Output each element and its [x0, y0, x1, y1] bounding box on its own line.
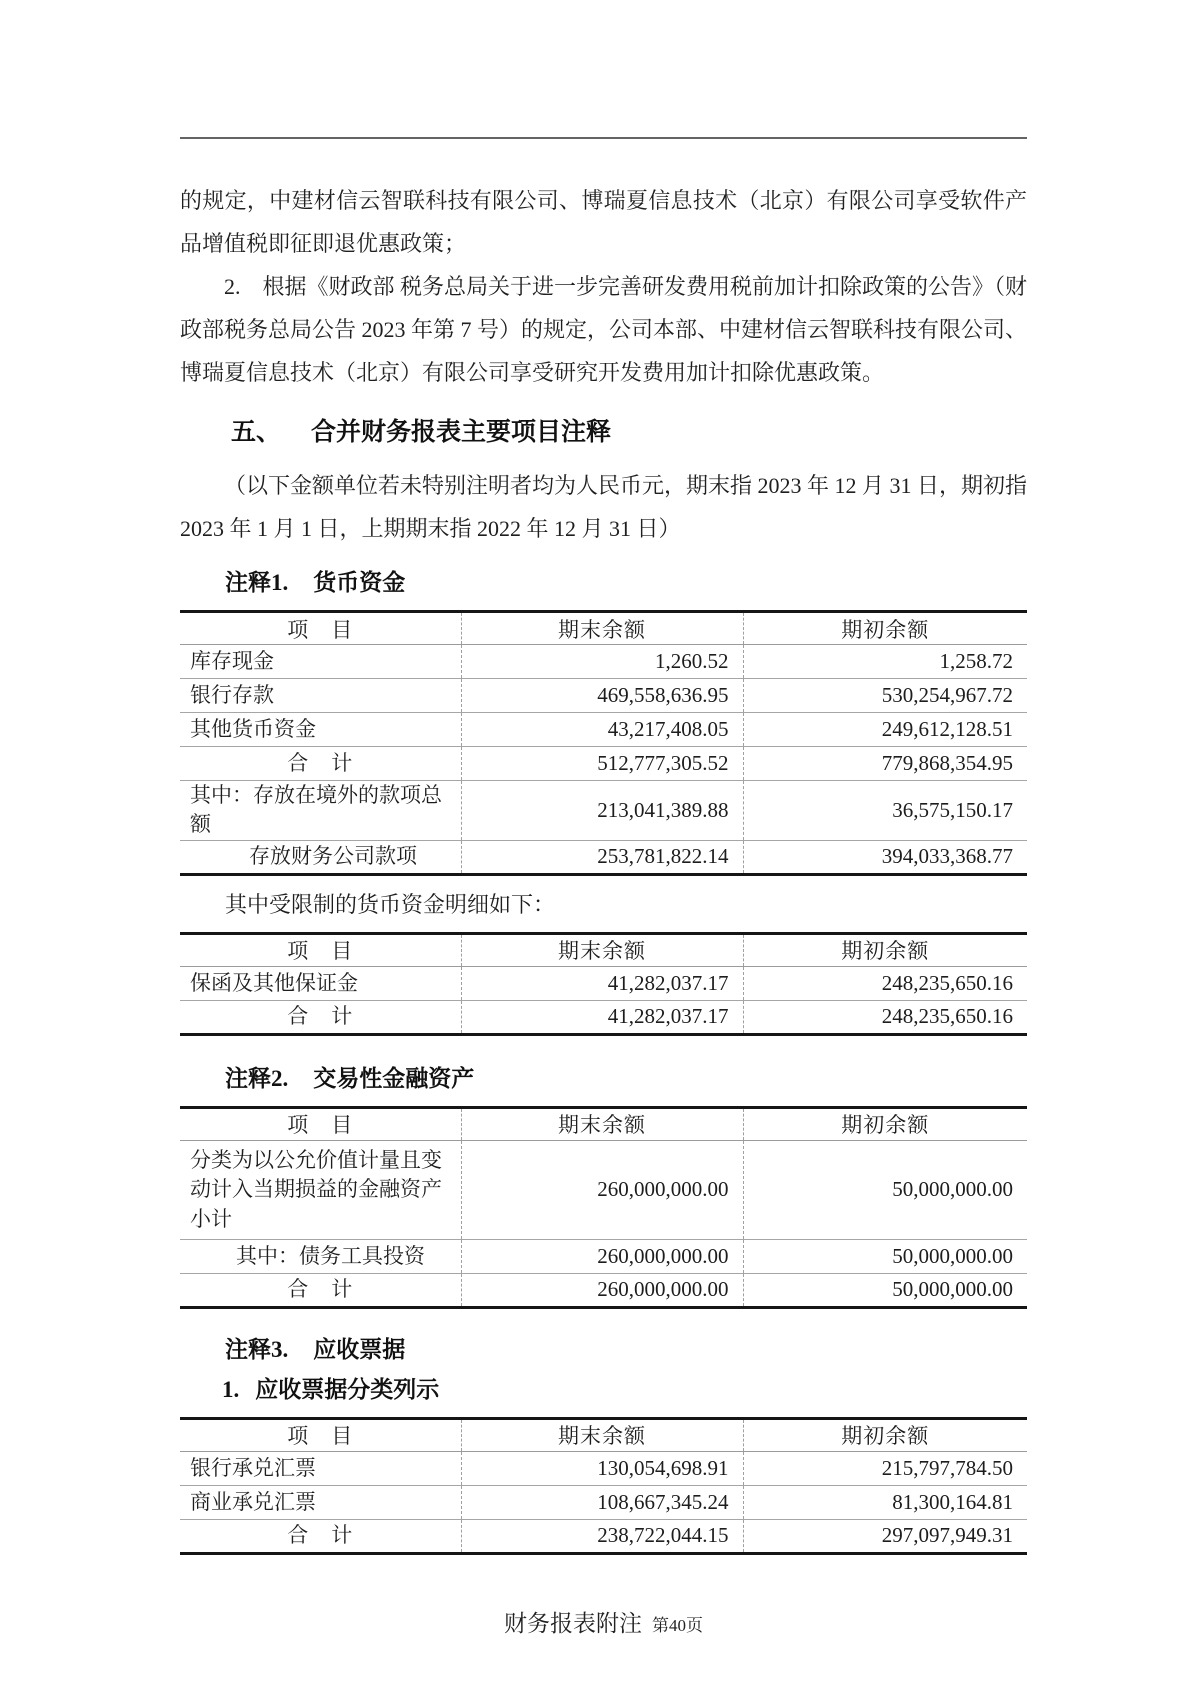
table-header-row: 项 目 期末余额 期初余额 [180, 1107, 1027, 1140]
row-ending-value: 469,558,636.95 [461, 679, 743, 713]
col-header-item: 项 目 [180, 1418, 461, 1451]
row-label: 保函及其他保证金 [180, 966, 461, 1000]
col-header-ending-balance: 期末余额 [461, 1418, 743, 1451]
table-row: 分类为以公允价值计量且变动计入当期损益的金融资产小计 260,000,000.0… [180, 1140, 1027, 1239]
note1-title: 货币资金 [313, 568, 405, 598]
table-row: 商业承兑汇票 108,667,345.24 81,300,164.81 [180, 1485, 1027, 1519]
col-header-ending-balance: 期末余额 [461, 612, 743, 645]
row-ending-value: 260,000,000.00 [461, 1239, 743, 1273]
table-row: 银行存款 469,558,636.95 530,254,967.72 [180, 679, 1027, 713]
row-beginning-value: 81,300,164.81 [743, 1485, 1027, 1519]
note3-heading: 注释3. 应收票据 [180, 1335, 1027, 1365]
row-ending-value: 253,781,822.14 [461, 840, 743, 874]
row-beginning-value: 36,575,150.17 [743, 781, 1027, 841]
paragraph-continuation: 的规定，中建材信云智联科技有限公司、博瑞夏信息技术（北京）有限公司享受软件产品增… [180, 179, 1027, 265]
col-header-beginning-balance: 期初余额 [743, 933, 1027, 966]
row-label: 其他货币资金 [180, 713, 461, 747]
paragraph-policy-2: 2. 根据《财政部 税务总局关于进一步完善研发费用税前加计扣除政策的公告》（财政… [180, 265, 1027, 394]
row-label: 分类为以公允价值计量且变动计入当期损益的金融资产小计 [180, 1140, 461, 1239]
header-rule [180, 137, 1027, 139]
row-label: 合 计 [180, 1273, 461, 1307]
row-beginning-value: 394,033,368.77 [743, 840, 1027, 874]
row-beginning-value: 1,258.72 [743, 645, 1027, 679]
subheading-number: 1. [222, 1375, 239, 1405]
row-beginning-value: 50,000,000.00 [743, 1273, 1027, 1307]
table-row: 其中：存放在境外的款项总额 213,041,389.88 36,575,150.… [180, 781, 1027, 841]
footer-title: 财务报表附注 [504, 1611, 642, 1636]
row-label: 库存现金 [180, 645, 461, 679]
note2-number: 注释2. [225, 1064, 288, 1094]
table-header-row: 项 目 期末余额 期初余额 [180, 933, 1027, 966]
col-header-beginning-balance: 期初余额 [743, 1418, 1027, 1451]
row-beginning-value: 50,000,000.00 [743, 1140, 1027, 1239]
row-ending-value: 260,000,000.00 [461, 1140, 743, 1239]
row-beginning-value: 50,000,000.00 [743, 1239, 1027, 1273]
row-ending-value: 260,000,000.00 [461, 1273, 743, 1307]
note3-number: 注释3. [225, 1335, 288, 1365]
row-label: 商业承兑汇票 [180, 1485, 461, 1519]
col-header-item: 项 目 [180, 612, 461, 645]
row-ending-value: 43,217,408.05 [461, 713, 743, 747]
section-number: 五、 [231, 416, 281, 450]
row-ending-value: 1,260.52 [461, 645, 743, 679]
table-header-row: 项 目 期末余额 期初余额 [180, 1418, 1027, 1451]
restricted-funds-note: 其中受限制的货币资金明细如下： [180, 890, 1027, 920]
row-label: 合 计 [180, 747, 461, 781]
row-ending-value: 41,282,037.17 [461, 1000, 743, 1034]
subheading-title: 应收票据分类列示 [255, 1375, 439, 1405]
table-row: 保函及其他保证金 41,282,037.17 248,235,650.16 [180, 966, 1027, 1000]
note3-title: 应收票据 [313, 1335, 405, 1365]
restricted-funds-table: 项 目 期末余额 期初余额 保函及其他保证金 41,282,037.17 248… [180, 932, 1027, 1036]
row-beginning-value: 779,868,354.95 [743, 747, 1027, 781]
row-label: 银行存款 [180, 679, 461, 713]
table-row: 库存现金 1,260.52 1,258.72 [180, 645, 1027, 679]
row-ending-value: 213,041,389.88 [461, 781, 743, 841]
note2-heading: 注释2. 交易性金融资产 [180, 1064, 1027, 1094]
notes-receivable-table: 项 目 期末余额 期初余额 银行承兑汇票 130,054,698.91 215,… [180, 1417, 1027, 1555]
row-label: 银行承兑汇票 [180, 1451, 461, 1485]
table-total-row: 合 计 41,282,037.17 248,235,650.16 [180, 1000, 1027, 1034]
row-beginning-value: 249,612,128.51 [743, 713, 1027, 747]
col-header-ending-balance: 期末余额 [461, 1107, 743, 1140]
col-header-item: 项 目 [180, 933, 461, 966]
row-label: 其中：存放在境外的款项总额 [180, 781, 461, 841]
section-title: 合并财务报表主要项目注释 [311, 416, 611, 450]
table-row: 其他货币资金 43,217,408.05 249,612,128.51 [180, 713, 1027, 747]
table-row: 银行承兑汇票 130,054,698.91 215,797,784.50 [180, 1451, 1027, 1485]
row-beginning-value: 215,797,784.50 [743, 1451, 1027, 1485]
row-ending-value: 130,054,698.91 [461, 1451, 743, 1485]
table-total-row: 合 计 238,722,044.15 297,097,949.31 [180, 1519, 1027, 1553]
table-total-row: 合 计 512,777,305.52 779,868,354.95 [180, 747, 1027, 781]
table-header-row: 项 目 期末余额 期初余额 [180, 612, 1027, 645]
table-row: 其中：债务工具投资 260,000,000.00 50,000,000.00 [180, 1239, 1027, 1273]
monetary-funds-table: 项 目 期末余额 期初余额 库存现金 1,260.52 1,258.72 银行存… [180, 610, 1027, 876]
row-beginning-value: 248,235,650.16 [743, 966, 1027, 1000]
row-beginning-value: 248,235,650.16 [743, 1000, 1027, 1034]
note3-subheading: 1. 应收票据分类列示 [180, 1375, 1027, 1405]
note1-heading: 注释1. 货币资金 [180, 568, 1027, 598]
row-ending-value: 108,667,345.24 [461, 1485, 743, 1519]
row-ending-value: 238,722,044.15 [461, 1519, 743, 1553]
table-row: 存放财务公司款项 253,781,822.14 394,033,368.77 [180, 840, 1027, 874]
col-header-ending-balance: 期末余额 [461, 933, 743, 966]
col-header-item: 项 目 [180, 1107, 461, 1140]
col-header-beginning-balance: 期初余额 [743, 612, 1027, 645]
row-label: 其中：债务工具投资 [180, 1239, 461, 1273]
note1-number: 注释1. [225, 568, 288, 598]
document-page: 的规定，中建材信云智联科技有限公司、博瑞夏信息技术（北京）有限公司享受软件产品增… [0, 0, 1200, 1697]
col-header-beginning-balance: 期初余额 [743, 1107, 1027, 1140]
row-beginning-value: 297,097,949.31 [743, 1519, 1027, 1553]
page-footer: 财务报表附注第40页 [180, 1605, 1027, 1638]
section-intro: （以下金额单位若未特别注明者均为人民币元，期末指 2023 年 12 月 31 … [180, 464, 1027, 550]
page-content: 的规定，中建材信云智联科技有限公司、博瑞夏信息技术（北京）有限公司享受软件产品增… [180, 0, 1027, 1638]
row-label: 存放财务公司款项 [180, 840, 461, 874]
row-label: 合 计 [180, 1000, 461, 1034]
row-label: 合 计 [180, 1519, 461, 1553]
footer-page-number: 第40页 [652, 1616, 703, 1635]
row-ending-value: 41,282,037.17 [461, 966, 743, 1000]
trading-assets-table: 项 目 期末余额 期初余额 分类为以公允价值计量且变动计入当期损益的金融资产小计… [180, 1106, 1027, 1309]
row-beginning-value: 530,254,967.72 [743, 679, 1027, 713]
row-ending-value: 512,777,305.52 [461, 747, 743, 781]
section-heading: 五、 合并财务报表主要项目注释 [180, 416, 1027, 450]
note2-title: 交易性金融资产 [313, 1064, 474, 1094]
table-total-row: 合 计 260,000,000.00 50,000,000.00 [180, 1273, 1027, 1307]
